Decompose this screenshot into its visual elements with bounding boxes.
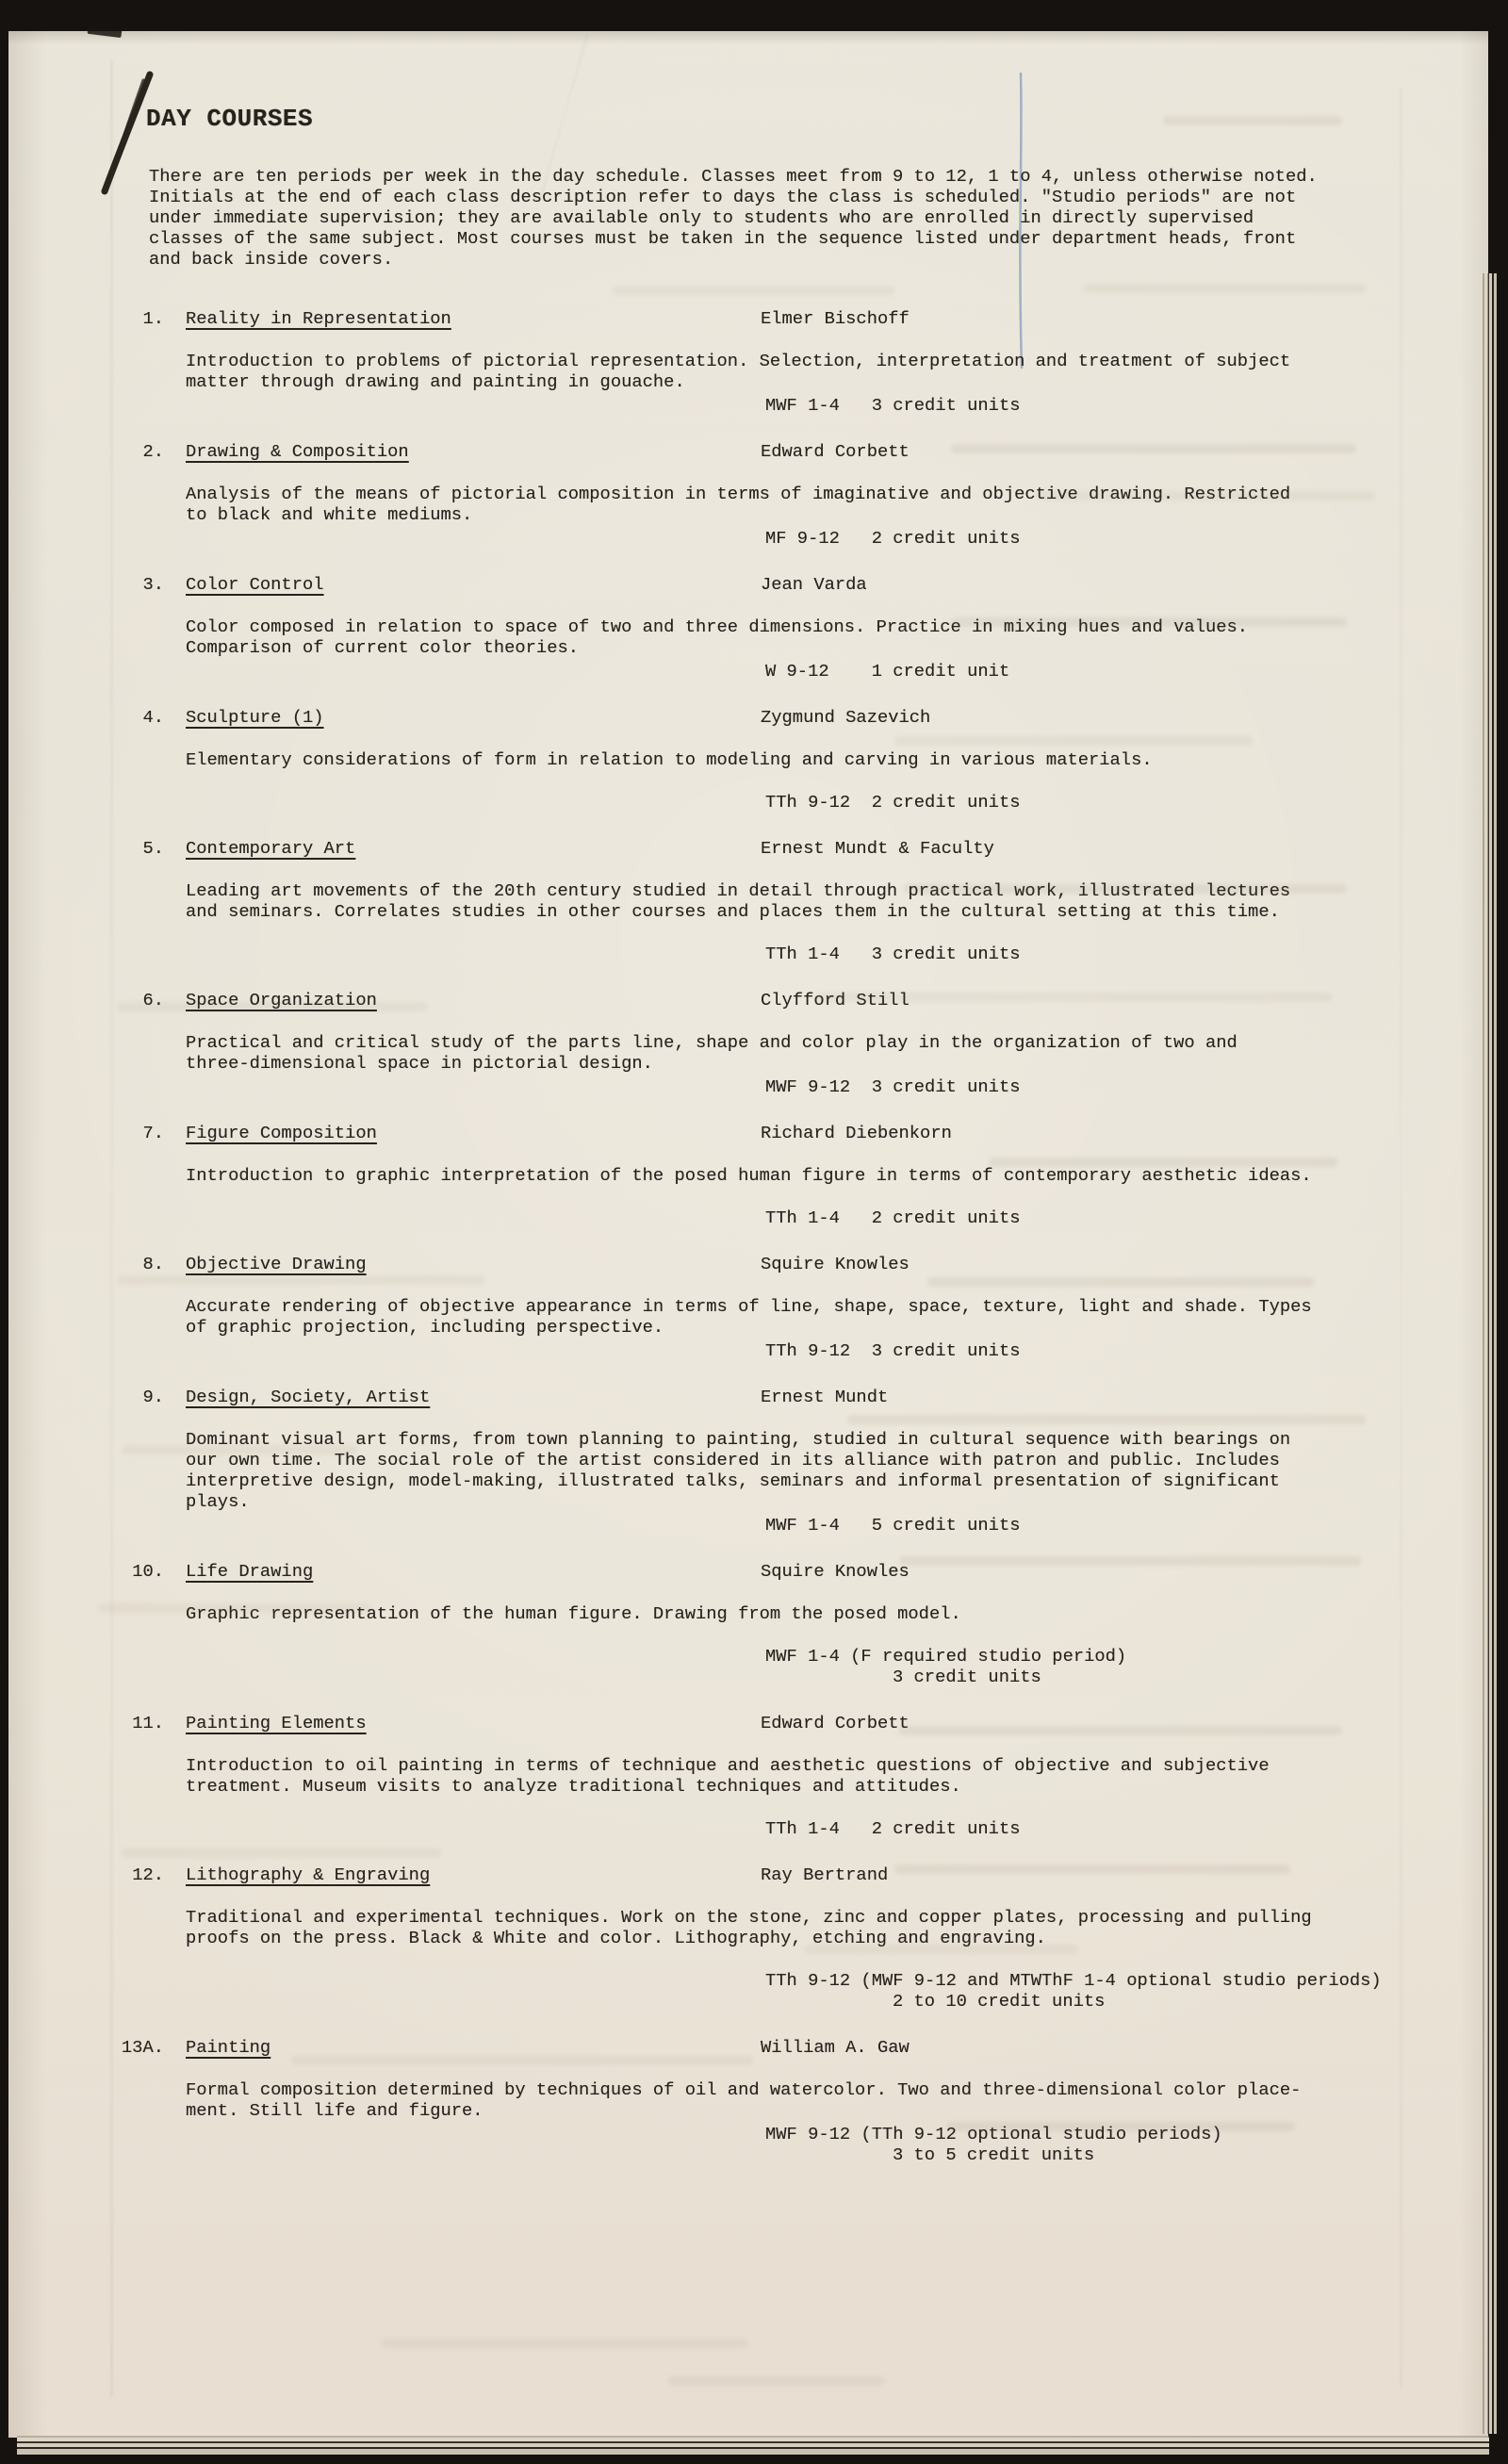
- page-title: DAY COURSES: [146, 103, 313, 135]
- bleed-smudge: [899, 1726, 1342, 1735]
- course-instructor: Squire Knowles: [761, 1561, 910, 1582]
- course-instructor: Ernest Mundt: [761, 1387, 888, 1407]
- course-title: Contemporary Art: [186, 838, 355, 859]
- course-number: 8.: [142, 1254, 164, 1274]
- course-title: Drawing & Composition: [186, 441, 409, 462]
- schedule-line: MWF 1-4 3 credit units: [765, 395, 1463, 416]
- course-entry: 9. Design, Society, Artist Ernest Mundt …: [186, 1387, 1463, 1536]
- course-entry: 8. Objective Drawing Squire Knowles Accu…: [186, 1254, 1463, 1361]
- course-title: Lithography & Engraving: [186, 1864, 430, 1885]
- schedule-line: W 9-12 1 credit unit: [765, 661, 1463, 682]
- course-description: Introduction to problems of pictorial re…: [186, 351, 1463, 392]
- course-description: Elementary considerations of form in rel…: [186, 749, 1463, 770]
- course-description: Dominant visual art forms, from town pla…: [186, 1429, 1463, 1512]
- course-instructor: Ray Bertrand: [761, 1864, 888, 1885]
- schedule-line: 2 to 10 credit units: [893, 1991, 1463, 2012]
- course-instructor: William A. Gaw: [761, 2037, 910, 2058]
- bleed-smudge: [847, 1415, 1366, 1424]
- course-schedule: MWF 9-12 3 credit units: [765, 1076, 1463, 1097]
- course-schedule: TTh 1-4 2 credit units: [765, 1818, 1463, 1839]
- schedule-line: MWF 9-12 3 credit units: [765, 1076, 1463, 1097]
- course-entry: 1. Reality in Representation Elmer Bisch…: [186, 308, 1463, 416]
- bleed-smudge: [951, 617, 1347, 627]
- bleed-smudge: [894, 1864, 1290, 1874]
- schedule-line: TTh 1-4 2 credit units: [765, 1207, 1463, 1228]
- course-description: Analysis of the means of pictorial compo…: [186, 484, 1463, 525]
- course-entry: 10. Life Drawing Squire Knowles Graphic …: [186, 1561, 1463, 1687]
- course-number: 11.: [132, 1713, 164, 1733]
- course-description: Traditional and experimental techniques.…: [186, 1907, 1463, 1948]
- bleed-smudge: [805, 1945, 1078, 1954]
- scan-edge-mark: [88, 25, 123, 38]
- schedule-line: MWF 1-4 5 credit units: [765, 1515, 1463, 1536]
- schedule-line: TTh 9-12 (MWF 9-12 and MTWThF 1-4 option…: [765, 1970, 1463, 1991]
- course-schedule: TTh 1-4 3 credit units: [765, 944, 1463, 964]
- scanned-document-page: { "colors":{ "ink":"#26221d", "paper":"#…: [0, 0, 1508, 2464]
- bleed-smudge: [904, 884, 1347, 894]
- bleed-smudge: [612, 286, 894, 295]
- course-entry: 12. Lithography & Engraving Ray Bertrand…: [186, 1864, 1463, 2012]
- course-title: Painting: [186, 2037, 270, 2058]
- course-schedule: MF 9-12 2 credit units: [765, 528, 1463, 549]
- course-title: Life Drawing: [186, 1561, 313, 1582]
- course-title: Painting Elements: [186, 1713, 367, 1733]
- course-instructor: Squire Knowles: [761, 1254, 910, 1274]
- course-number: 3.: [142, 574, 164, 595]
- course-description: Accurate rendering of objective appearan…: [186, 1296, 1463, 1338]
- course-schedule: W 9-12 1 credit unit: [765, 661, 1463, 682]
- course-title: Sculpture (1): [186, 707, 324, 728]
- course-number: 7.: [142, 1123, 164, 1143]
- bleed-smudge: [927, 1277, 1314, 1287]
- course-instructor: Jean Varda: [761, 574, 867, 595]
- course-number: 5.: [142, 838, 164, 859]
- bleed-smudge: [1163, 116, 1342, 125]
- course-title: Figure Composition: [186, 1123, 377, 1143]
- paper-crease: [110, 59, 113, 2397]
- course-instructor: Richard Diebenkorn: [761, 1123, 952, 1143]
- course-description: Practical and critical study of the part…: [186, 1032, 1463, 1074]
- course-title: Objective Drawing: [186, 1254, 367, 1274]
- course-title: Design, Society, Artist: [186, 1387, 430, 1407]
- schedule-line: TTh 9-12 2 credit units: [765, 792, 1463, 813]
- course-instructor: Ernest Mundt & Faculty: [761, 838, 994, 859]
- course-heading-row: 9. Design, Society, Artist Ernest Mundt: [186, 1387, 1463, 1407]
- course-description: Introduction to graphic interpretation o…: [186, 1165, 1463, 1186]
- bleed-smudge: [946, 2122, 1295, 2131]
- bleed-smudge: [291, 2056, 753, 2065]
- schedule-line: MWF 1-4 (F required studio period): [765, 1646, 1463, 1667]
- course-entry: 5. Contemporary Art Ernest Mundt & Facul…: [186, 838, 1463, 964]
- schedule-line: TTh 1-4 3 credit units: [765, 944, 1463, 964]
- course-number: 4.: [142, 707, 164, 728]
- course-description: Introduction to oil painting in terms of…: [186, 1755, 1463, 1797]
- course-schedule: TTh 9-12 3 credit units: [765, 1340, 1463, 1361]
- course-title: Color Control: [186, 574, 324, 595]
- bleed-smudge: [894, 736, 1253, 746]
- course-schedule: TTh 9-12 (MWF 9-12 and MTWThF 1-4 option…: [765, 1970, 1463, 2012]
- bleed-smudge: [1083, 284, 1366, 293]
- bleed-smudge: [989, 1158, 1337, 1167]
- bleed-smudge: [122, 1848, 442, 1858]
- schedule-line: TTh 1-4 2 credit units: [765, 1818, 1463, 1839]
- course-instructor: Edward Corbett: [761, 441, 910, 462]
- schedule-line: 3 to 5 credit units: [893, 2144, 1463, 2165]
- course-entry: 4. Sculpture (1) Zygmund Sazevich Elemen…: [186, 707, 1463, 813]
- paper-crease: [1400, 88, 1402, 2388]
- bleed-smudge: [122, 1445, 357, 1454]
- course-schedule: MWF 1-4 3 credit units: [765, 395, 1463, 416]
- course-heading-row: 13A. Painting William A. Gaw: [186, 2037, 1463, 2058]
- course-schedule: TTh 9-12 2 credit units: [765, 792, 1463, 813]
- bleed-smudge: [98, 1603, 371, 1613]
- intro-paragraph: There are ten periods per week in the da…: [149, 166, 1450, 270]
- bleed-smudge: [117, 1275, 484, 1285]
- course-instructor: Elmer Bischoff: [761, 308, 910, 329]
- course-entry: 7. Figure Composition Richard Diebenkorn…: [186, 1123, 1463, 1228]
- course-heading-row: 4. Sculpture (1) Zygmund Sazevich: [186, 707, 1463, 728]
- bleed-smudge: [1036, 491, 1375, 501]
- bleed-smudge: [814, 993, 1333, 1002]
- course-instructor: Edward Corbett: [761, 1713, 910, 1733]
- page-stack-edge-bottom: [17, 2434, 1489, 2455]
- bleed-smudge: [117, 1002, 428, 1011]
- paper-sheet: DAY COURSES There are ten periods per we…: [8, 31, 1488, 2438]
- course-schedule: MWF 1-4 (F required studio period)3 cred…: [765, 1646, 1463, 1687]
- course-schedule: TTh 1-4 2 credit units: [765, 1207, 1463, 1228]
- course-number: 9.: [142, 1387, 164, 1407]
- course-description: Graphic representation of the human figu…: [186, 1603, 1463, 1624]
- course-heading-row: 1. Reality in Representation Elmer Bisch…: [186, 308, 1463, 329]
- schedule-line: 3 credit units: [893, 1667, 1463, 1687]
- course-description: Formal composition determined by techniq…: [186, 2079, 1463, 2121]
- course-heading-row: 8. Objective Drawing Squire Knowles: [186, 1254, 1463, 1274]
- course-number: 1.: [142, 308, 164, 329]
- bleed-smudge: [951, 444, 1356, 453]
- course-list: 1. Reality in Representation Elmer Bisch…: [186, 308, 1463, 2165]
- course-entry: 3. Color Control Jean Varda Color compos…: [186, 574, 1463, 682]
- course-instructor: Zygmund Sazevich: [761, 707, 930, 728]
- course-number: 13A.: [122, 2037, 164, 2058]
- schedule-line: TTh 9-12 3 credit units: [765, 1340, 1463, 1361]
- course-heading-row: 3. Color Control Jean Varda: [186, 574, 1463, 595]
- course-title: Reality in Representation: [186, 308, 451, 329]
- bleed-smudge: [668, 2376, 885, 2386]
- course-schedule: MWF 1-4 5 credit units: [765, 1515, 1463, 1536]
- course-number: 2.: [142, 441, 164, 462]
- page-stack-edge-right: [1482, 273, 1497, 2434]
- course-heading-row: 7. Figure Composition Richard Diebenkorn: [186, 1123, 1463, 1143]
- course-number: 12.: [132, 1864, 164, 1885]
- bleed-smudge: [899, 1556, 1361, 1566]
- bleed-smudge: [381, 2339, 748, 2348]
- course-heading-row: 5. Contemporary Art Ernest Mundt & Facul…: [186, 838, 1463, 859]
- schedule-line: MF 9-12 2 credit units: [765, 528, 1463, 549]
- course-number: 10.: [132, 1561, 164, 1582]
